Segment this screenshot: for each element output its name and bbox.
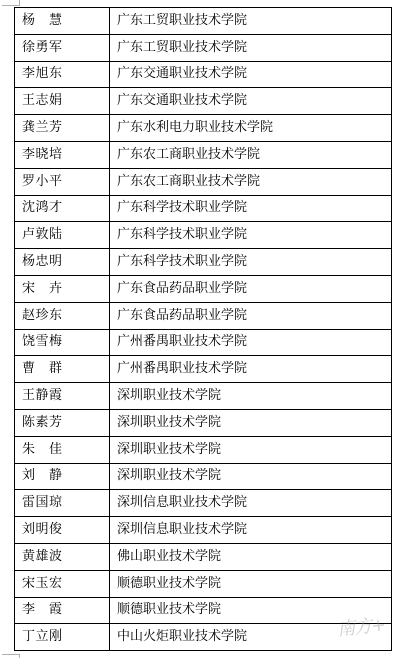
table-row: 杨忠明广东科学技术职业学院 <box>15 249 392 276</box>
school-cell: 广东科学技术职业学院 <box>110 249 392 276</box>
school-cell: 深圳职业技术学院 <box>110 383 392 410</box>
school-cell: 广东工贸职业技术学院 <box>110 34 392 61</box>
table-row: 徐勇军广东工贸职业技术学院 <box>15 34 392 61</box>
table-row: 王志娟广东交通职业技术学院 <box>15 88 392 115</box>
name-cell: 杨 慧 <box>15 8 110 35</box>
table-row: 罗小平广东农工商职业技术学院 <box>15 168 392 195</box>
school-cell: 广东科学技术职业学院 <box>110 222 392 249</box>
school-cell: 广东农工商职业技术学院 <box>110 141 392 168</box>
table-row: 王静霞深圳职业技术学院 <box>15 383 392 410</box>
table-row: 饶雪梅广州番禺职业技术学院 <box>15 329 392 356</box>
name-cell: 曹 群 <box>15 356 110 383</box>
name-cell: 徐勇军 <box>15 34 110 61</box>
name-cell: 王志娟 <box>15 88 110 115</box>
name-cell: 陈素芳 <box>15 409 110 436</box>
table-row: 陈素芳深圳职业技术学院 <box>15 409 392 436</box>
school-cell: 深圳职业技术学院 <box>110 463 392 490</box>
table-row: 李旭东广东交通职业技术学院 <box>15 61 392 88</box>
school-cell: 广东科学技术职业学院 <box>110 195 392 222</box>
table-row: 黄雄波佛山职业技术学院 <box>15 543 392 570</box>
school-cell: 广州番禺职业技术学院 <box>110 329 392 356</box>
table-row: 朱 佳深圳职业技术学院 <box>15 436 392 463</box>
table-row: 杨 慧广东工贸职业技术学院 <box>15 8 392 35</box>
name-cell: 李晓培 <box>15 141 110 168</box>
school-cell: 广东水利电力职业技术学院 <box>110 115 392 142</box>
name-cell: 饶雪梅 <box>15 329 110 356</box>
table-row: 丁立刚中山火炬职业技术学院 <box>15 624 392 651</box>
table-row: 李晓培广东农工商职业技术学院 <box>15 141 392 168</box>
name-cell: 龚兰芳 <box>15 115 110 142</box>
corner-mark-bottom-left-horizontal <box>2 654 19 655</box>
school-cell: 佛山职业技术学院 <box>110 543 392 570</box>
name-cell: 宋 卉 <box>15 275 110 302</box>
name-cell: 朱 佳 <box>15 436 110 463</box>
name-cell: 李旭东 <box>15 61 110 88</box>
school-cell: 顺德职业技术学院 <box>110 570 392 597</box>
table-row: 卢敦陆广东科学技术职业学院 <box>15 222 392 249</box>
corner-mark-top-left-horizontal <box>2 5 19 6</box>
table-row: 刘 静深圳职业技术学院 <box>15 463 392 490</box>
name-cell: 刘 静 <box>15 463 110 490</box>
name-cell: 王静霞 <box>15 383 110 410</box>
roster-table: 杨 慧广东工贸职业技术学院 徐勇军广东工贸职业技术学院 李旭东广东交通职业技术学… <box>14 7 392 651</box>
corner-mark-bottom-left-vertical <box>19 654 20 658</box>
name-cell: 雷国琼 <box>15 490 110 517</box>
school-cell: 深圳信息职业技术学院 <box>110 490 392 517</box>
table-row: 曹 群广州番禺职业技术学院 <box>15 356 392 383</box>
table-row: 赵珍东广东食品药品职业学院 <box>15 302 392 329</box>
name-cell: 罗小平 <box>15 168 110 195</box>
school-cell: 广东食品药品职业学院 <box>110 275 392 302</box>
school-cell: 广州番禺职业技术学院 <box>110 356 392 383</box>
school-cell: 中山火炬职业技术学院 <box>110 624 392 651</box>
school-cell: 广东交通职业技术学院 <box>110 88 392 115</box>
name-cell: 赵珍东 <box>15 302 110 329</box>
table-row: 沈鸿才广东科学技术职业学院 <box>15 195 392 222</box>
table-row: 李 霞顺德职业技术学院 <box>15 597 392 624</box>
name-cell: 宋玉宏 <box>15 570 110 597</box>
school-cell: 深圳信息职业技术学院 <box>110 517 392 544</box>
roster-table-body: 杨 慧广东工贸职业技术学院 徐勇军广东工贸职业技术学院 李旭东广东交通职业技术学… <box>15 8 392 651</box>
table-row: 刘明俊深圳信息职业技术学院 <box>15 517 392 544</box>
name-cell: 刘明俊 <box>15 517 110 544</box>
table-row: 雷国琼深圳信息职业技术学院 <box>15 490 392 517</box>
name-cell: 李 霞 <box>15 597 110 624</box>
school-cell: 广东工贸职业技术学院 <box>110 8 392 35</box>
table-row: 宋 卉广东食品药品职业学院 <box>15 275 392 302</box>
school-cell: 广东交通职业技术学院 <box>110 61 392 88</box>
name-cell: 沈鸿才 <box>15 195 110 222</box>
school-cell: 广东食品药品职业学院 <box>110 302 392 329</box>
school-cell: 广东农工商职业技术学院 <box>110 168 392 195</box>
name-cell: 卢敦陆 <box>15 222 110 249</box>
name-cell: 丁立刚 <box>15 624 110 651</box>
corner-mark-top-left-vertical <box>19 0 20 6</box>
school-cell: 深圳职业技术学院 <box>110 409 392 436</box>
table-row: 宋玉宏顺德职业技术学院 <box>15 570 392 597</box>
table-row: 龚兰芳广东水利电力职业技术学院 <box>15 115 392 142</box>
name-cell: 杨忠明 <box>15 249 110 276</box>
name-cell: 黄雄波 <box>15 543 110 570</box>
school-cell: 深圳职业技术学院 <box>110 436 392 463</box>
school-cell: 顺德职业技术学院 <box>110 597 392 624</box>
